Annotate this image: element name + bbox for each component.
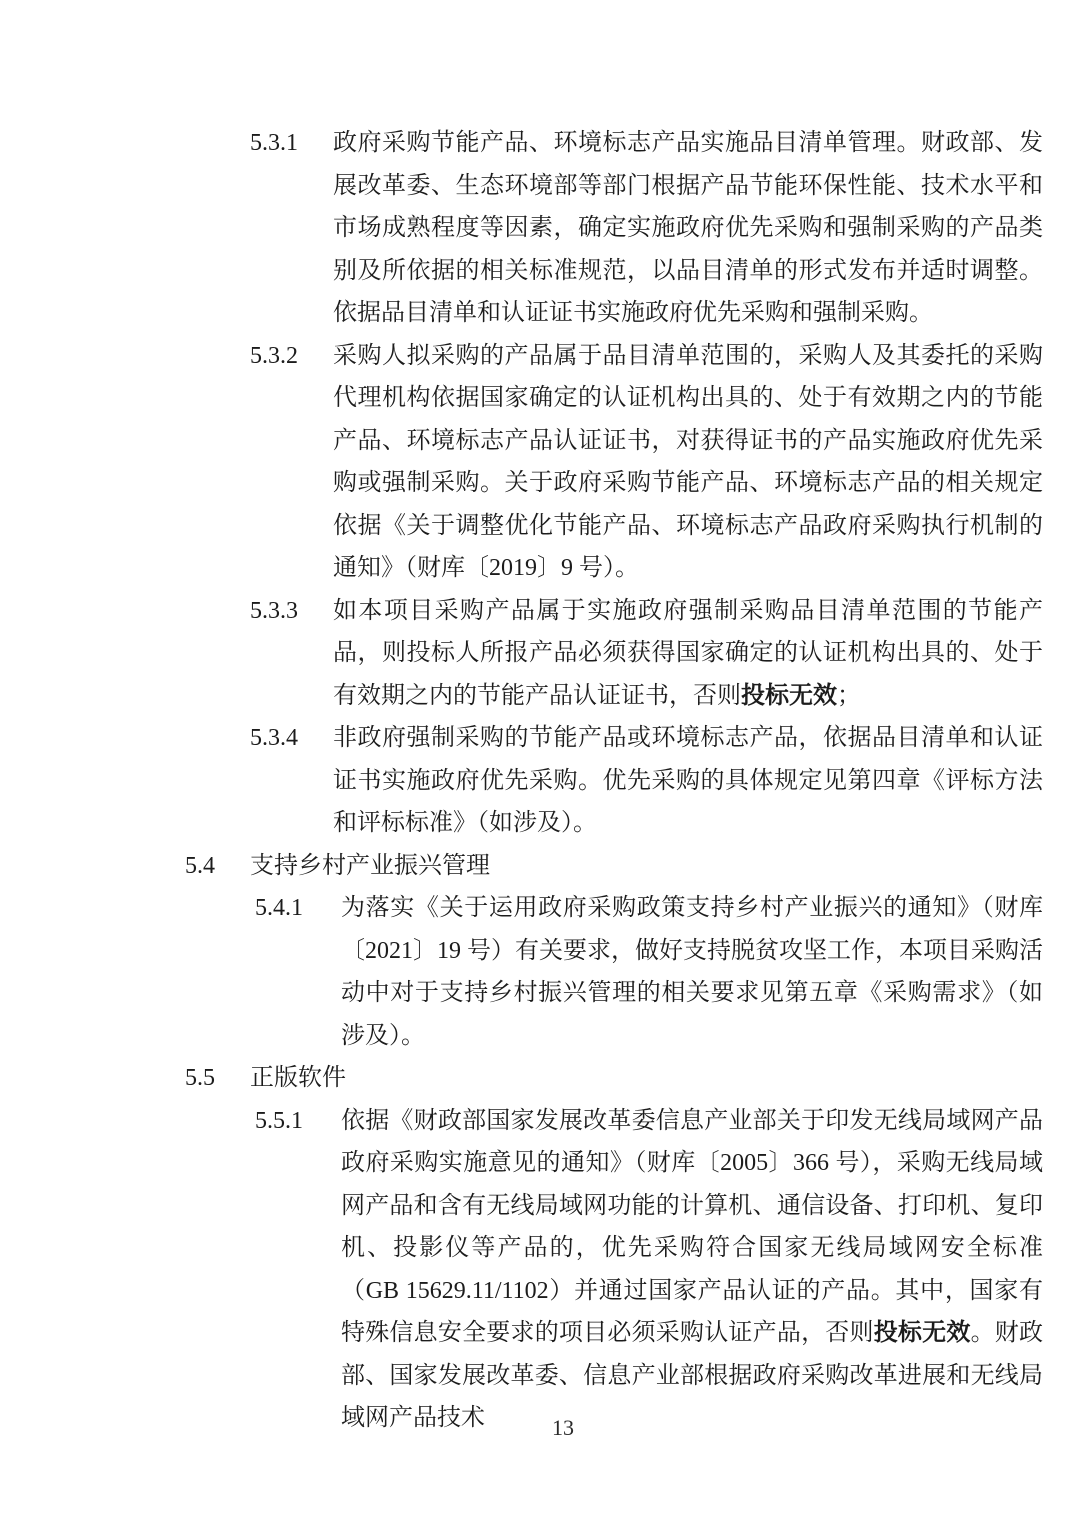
clause-text-pre: 支持乡村产业振兴管理 bbox=[250, 853, 490, 879]
clause-text: 采购人拟采购的产品属于品目清单范围的，采购人及其委托的采购代理机构依据国家确定的… bbox=[333, 335, 1043, 590]
clause-number: 5.3.3 bbox=[250, 590, 333, 633]
document-page: 5.3.1 政府采购节能产品、环境标志产品实施品目清单管理。财政部、发展改革委、… bbox=[0, 122, 1080, 1440]
clause-text-pre: 依据《财政部国家发展改革委信息产业部关于印发无线局域网产品政府采购实施意见的通知… bbox=[341, 1108, 1043, 1347]
clause-number: 5.4.1 bbox=[255, 887, 341, 930]
clause-text: 政府采购节能产品、环境标志产品实施品目清单管理。财政部、发展改革委、生态环境部等… bbox=[333, 122, 1043, 335]
clause-text: 为落实《关于运用政府采购政策支持乡村产业振兴的通知》（财库〔2021〕19 号）… bbox=[341, 887, 1043, 1057]
clause-heading-text: 支持乡村产业振兴管理 bbox=[250, 845, 1043, 888]
clause-number: 5.3.1 bbox=[250, 122, 333, 165]
clause-number: 5.5 bbox=[185, 1057, 250, 1100]
clause-5-3-2: 5.3.2 采购人拟采购的产品属于品目清单范围的，采购人及其委托的采购代理机构依… bbox=[0, 335, 1080, 590]
clause-5-3-1: 5.3.1 政府采购节能产品、环境标志产品实施品目清单管理。财政部、发展改革委、… bbox=[0, 122, 1080, 335]
clause-text-pre: 政府采购节能产品、环境标志产品实施品目清单管理。财政部、发展改革委、生态环境部等… bbox=[333, 130, 1043, 326]
clause-5-3-4: 5.3.4 非政府强制采购的节能产品或环境标志产品，依据品目清单和认证证书实施政… bbox=[0, 717, 1080, 845]
clause-number: 5.4 bbox=[185, 845, 250, 888]
clause-number: 5.3.4 bbox=[250, 717, 333, 760]
page-number: 13 bbox=[0, 1413, 1080, 1443]
clause-text: 如本项目采购产品属于实施政府强制采购品目清单范围的节能产品，则投标人所报产品必须… bbox=[333, 590, 1043, 718]
clause-text-pre: 非政府强制采购的节能产品或环境标志产品，依据品目清单和认证证书实施政府优先采购。… bbox=[333, 725, 1043, 836]
clause-number: 5.5.1 bbox=[255, 1100, 341, 1143]
clause-text-bold: 投标无效 bbox=[874, 1320, 971, 1346]
clause-number: 5.3.2 bbox=[250, 335, 333, 378]
clause-5-4-1: 5.4.1 为落实《关于运用政府采购政策支持乡村产业振兴的通知》（财库〔2021… bbox=[0, 887, 1080, 1057]
clause-text-pre: 采购人拟采购的产品属于品目清单范围的，采购人及其委托的采购代理机构依据国家确定的… bbox=[333, 343, 1043, 582]
clause-text: 依据《财政部国家发展改革委信息产业部关于印发无线局域网产品政府采购实施意见的通知… bbox=[341, 1100, 1043, 1440]
clause-text-pre: 如本项目采购产品属于实施政府强制采购品目清单范围的节能产品，则投标人所报产品必须… bbox=[333, 598, 1043, 709]
clause-5-3-3: 5.3.3 如本项目采购产品属于实施政府强制采购品目清单范围的节能产品，则投标人… bbox=[0, 590, 1080, 718]
clause-text-pre: 正版软件 bbox=[250, 1065, 346, 1091]
clause-text: 非政府强制采购的节能产品或环境标志产品，依据品目清单和认证证书实施政府优先采购。… bbox=[333, 717, 1043, 845]
clause-text-pre: 为落实《关于运用政府采购政策支持乡村产业振兴的通知》（财库〔2021〕19 号）… bbox=[341, 895, 1043, 1049]
clause-text-post: ； bbox=[837, 683, 861, 709]
clause-text-bold: 投标无效 bbox=[741, 683, 837, 709]
clause-5-5-heading: 5.5 正版软件 bbox=[0, 1057, 1080, 1100]
clause-5-5-1: 5.5.1 依据《财政部国家发展改革委信息产业部关于印发无线局域网产品政府采购实… bbox=[0, 1100, 1080, 1440]
clause-heading-text: 正版软件 bbox=[250, 1057, 1043, 1100]
clause-5-4-heading: 5.4 支持乡村产业振兴管理 bbox=[0, 845, 1080, 888]
